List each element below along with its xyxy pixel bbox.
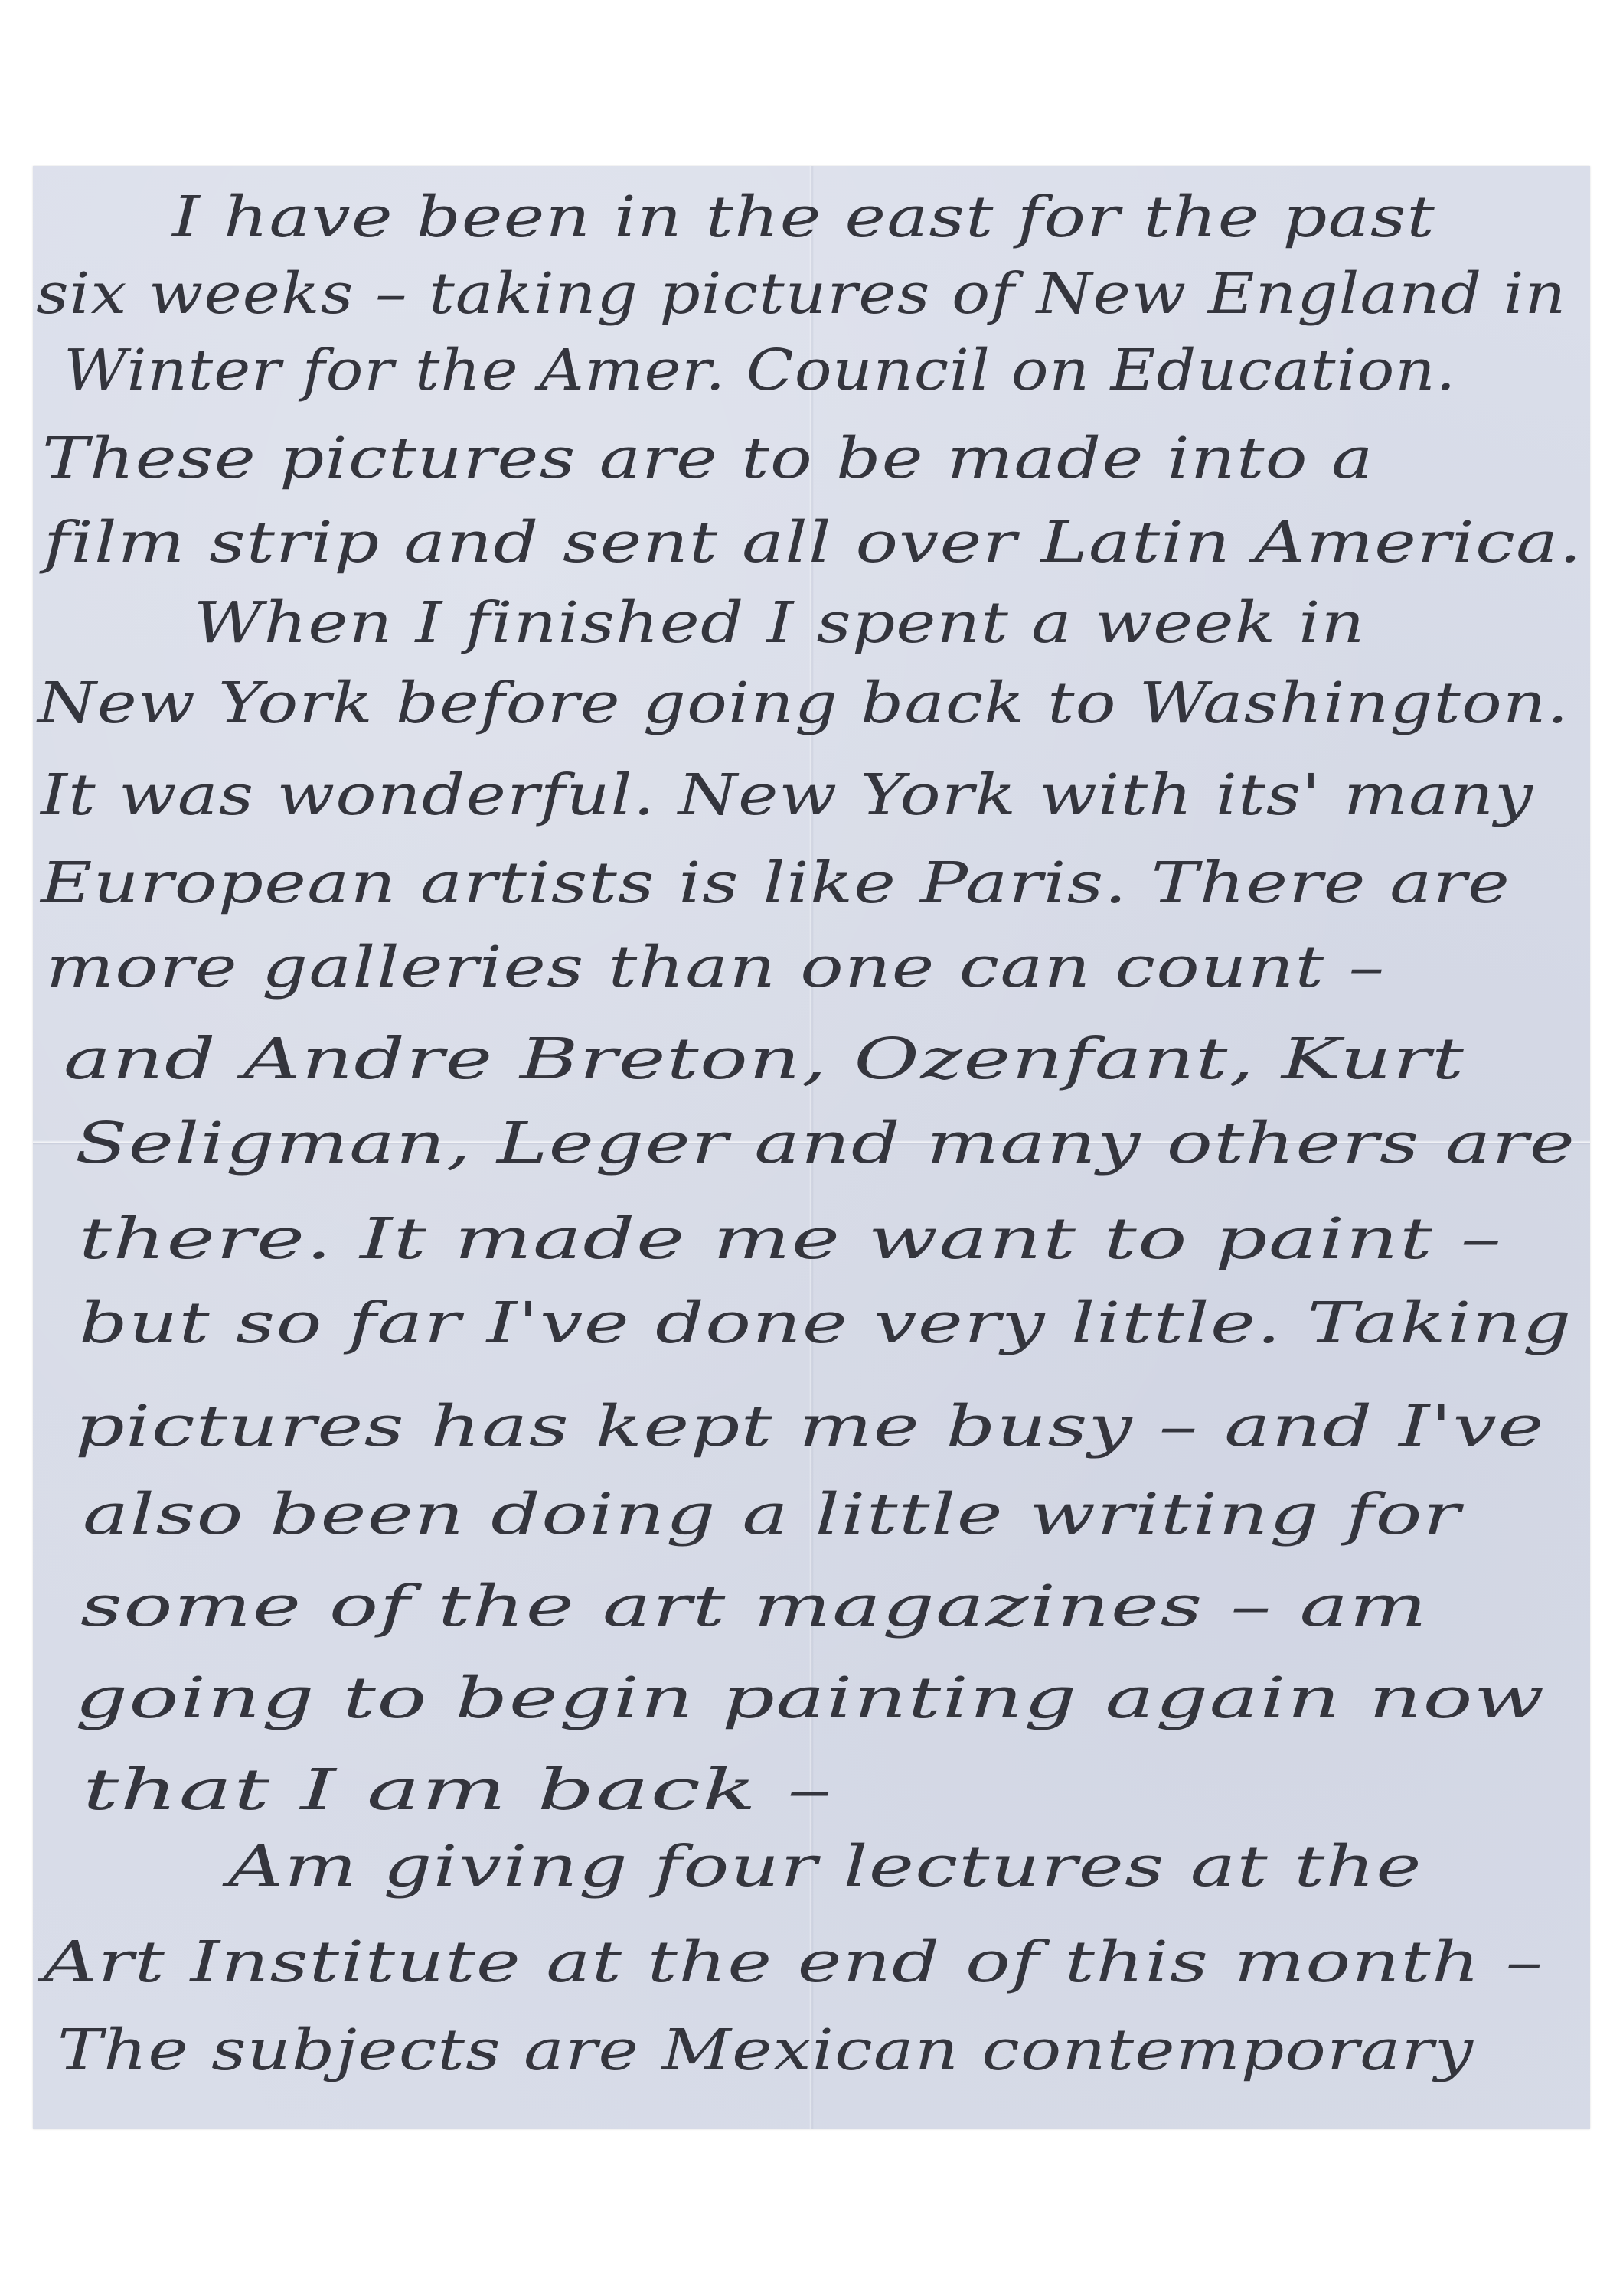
letter-line-10: more galleries than one can count – xyxy=(46,939,1386,996)
letter-line-20: Am giving four lectures at the xyxy=(228,1838,1422,1895)
letter-line-17: some of the art magazines – am xyxy=(80,1578,1428,1635)
letter-line-7: New York before going back to Washington… xyxy=(38,675,1569,732)
letter-line-12: Seligman, Leger and many others are xyxy=(75,1115,1576,1172)
letter-line-18: going to begin painting again now xyxy=(75,1670,1546,1727)
letter-line-9: European artists is like Paris. There ar… xyxy=(41,855,1510,912)
letter-line-19: that I am back – xyxy=(83,1762,833,1818)
letter-line-2: six weeks – taking pictures of New Engla… xyxy=(36,266,1566,322)
letter-line-6: When I finished I spent a week in xyxy=(194,595,1365,651)
letter-line-4: These pictures are to be made into a xyxy=(42,430,1373,487)
letter-line-14: but so far I've done very little. Taking xyxy=(79,1295,1572,1352)
letter-line-8: It was wonderful. New York with its' man… xyxy=(41,767,1533,823)
letter-line-3: Winter for the Amer. Council on Educatio… xyxy=(64,342,1456,399)
letter-line-5: film strip and sent all over Latin Ameri… xyxy=(44,514,1582,571)
letter-line-15: pictures has kept me busy – and I've xyxy=(75,1398,1545,1455)
letter-page: I have been in the east for the past six… xyxy=(33,166,1590,2129)
letter-line-21: Art Institute at the end of this month – xyxy=(43,1934,1544,1991)
letter-line-16: also been doing a little writing for xyxy=(83,1486,1461,1543)
letter-line-13: there. It made me want to paint – xyxy=(79,1211,1502,1267)
letter-line-1: I have been in the east for the past xyxy=(172,189,1435,246)
letter-line-11: and Andre Breton, Ozenfant, Kurt xyxy=(64,1031,1465,1088)
letter-line-22: The subjects are Mexican contemporary xyxy=(57,2022,1474,2079)
